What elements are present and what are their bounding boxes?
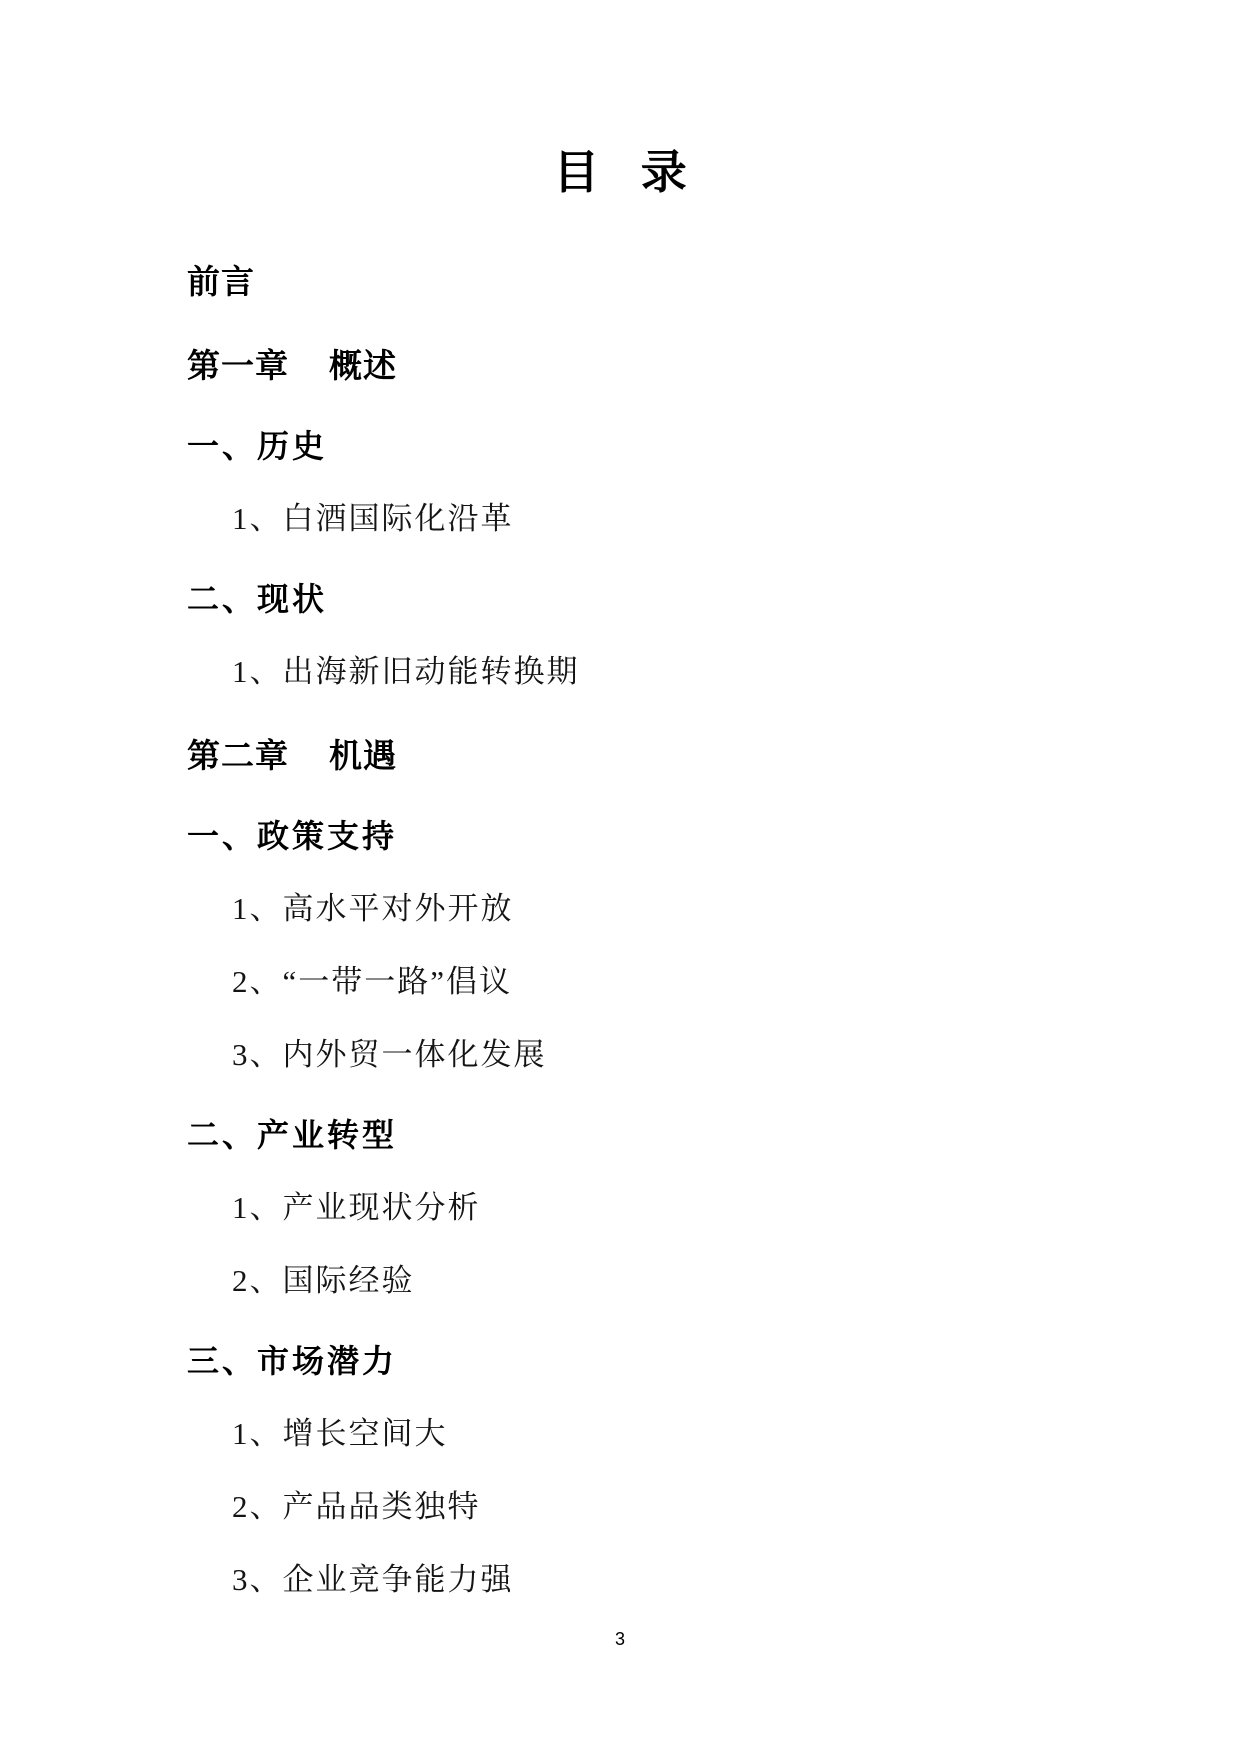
chapter-number: 第二章 bbox=[187, 737, 289, 774]
toc-entry-preface: 前言 bbox=[187, 262, 1053, 302]
toc-entry-label: 2、国际经验 bbox=[232, 1263, 415, 1298]
toc-entry-label: 一、历史 bbox=[187, 428, 327, 464]
toc-entry-label: 1、高水平对外开放 bbox=[232, 891, 514, 926]
toc-entry-label: 1、增长空间大 bbox=[232, 1416, 448, 1451]
toc-entry-label: 1、白酒国际化沿革 bbox=[232, 501, 514, 536]
chapter-number: 第一章 bbox=[187, 347, 289, 384]
toc-entry-item: 3、内外贸一体化发展 bbox=[187, 1035, 1053, 1075]
toc-entry-chapter-2: 第二章机遇 bbox=[187, 736, 1053, 776]
toc-entry-section: 一、政策支持 bbox=[187, 816, 1053, 856]
page-title: 目 录 bbox=[187, 145, 1053, 200]
toc-entry-section: 三、市场潜力 bbox=[187, 1341, 1053, 1381]
toc-entry-label: 3、企业竞争能力强 bbox=[232, 1562, 514, 1597]
toc-entry-label: 三、市场潜力 bbox=[187, 1343, 397, 1379]
toc-entry-item: 2、“一带一路”倡议 bbox=[187, 962, 1053, 1002]
page-content: 目 录 前言 第一章概述 一、历史 1、白酒国际化沿革 二、现状 1、出海新旧动… bbox=[0, 0, 1240, 1600]
toc-entry-item: 1、产业现状分析 bbox=[187, 1188, 1053, 1228]
toc-entry-item: 2、产品品类独特 bbox=[187, 1487, 1053, 1527]
toc-entry-item: 1、白酒国际化沿革 bbox=[187, 499, 1053, 539]
toc-entry-chapter-1: 第一章概述 bbox=[187, 346, 1053, 386]
document-page: 目 录 前言 第一章概述 一、历史 1、白酒国际化沿革 二、现状 1、出海新旧动… bbox=[0, 0, 1240, 1754]
toc-entry-item: 3、企业竞争能力强 bbox=[187, 1560, 1053, 1600]
toc-entry-label: 1、出海新旧动能转换期 bbox=[232, 654, 580, 689]
toc-entry-section: 二、产业转型 bbox=[187, 1115, 1053, 1155]
toc-entry-item: 1、出海新旧动能转换期 bbox=[187, 652, 1053, 692]
chapter-title: 机遇 bbox=[329, 737, 397, 774]
toc-entry-label: 1、产业现状分析 bbox=[232, 1190, 481, 1225]
toc-entry-label: 前言 bbox=[187, 263, 255, 300]
table-of-contents: 前言 第一章概述 一、历史 1、白酒国际化沿革 二、现状 1、出海新旧动能转换期… bbox=[187, 262, 1053, 1600]
toc-entry-label: 二、现状 bbox=[187, 581, 327, 617]
toc-entry-label: 二、产业转型 bbox=[187, 1117, 397, 1153]
toc-entry-item: 1、高水平对外开放 bbox=[187, 889, 1053, 929]
toc-entry-label: 3、内外贸一体化发展 bbox=[232, 1037, 547, 1072]
chapter-title: 概述 bbox=[329, 347, 397, 384]
toc-entry-item: 1、增长空间大 bbox=[187, 1414, 1053, 1454]
toc-entry-label: 2、产品品类独特 bbox=[232, 1489, 481, 1524]
toc-entry-item: 2、国际经验 bbox=[187, 1261, 1053, 1301]
toc-entry-section: 二、现状 bbox=[187, 579, 1053, 619]
toc-entry-label: 一、政策支持 bbox=[187, 818, 397, 854]
page-number: 3 bbox=[0, 1626, 1240, 1652]
toc-entry-section: 一、历史 bbox=[187, 426, 1053, 466]
toc-entry-label: 2、“一带一路”倡议 bbox=[232, 964, 512, 999]
